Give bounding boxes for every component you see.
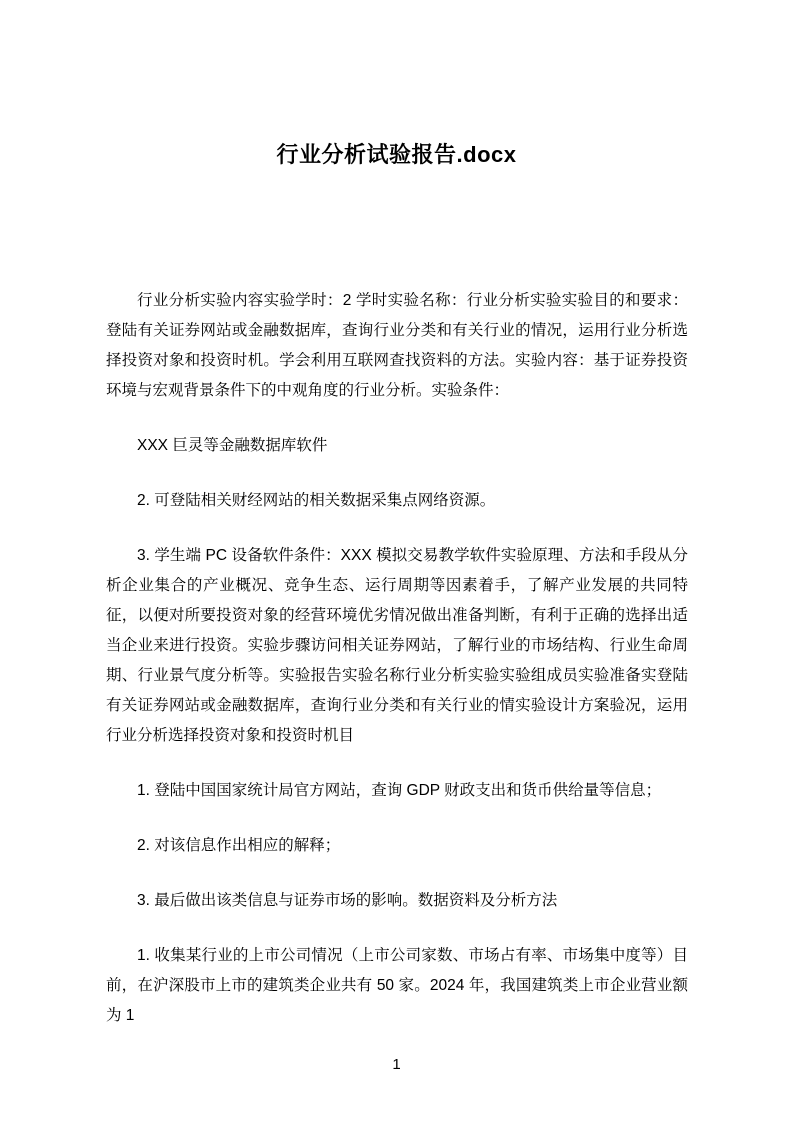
paragraph-item-3-pc-conditions: 3. 学生端 PC 设备软件条件：XXX 模拟交易教学软件实验原理、方法和手段从… <box>106 541 688 751</box>
paragraph-intro: 行业分析实验内容实验学时：2 学时实验名称：行业分析实验实验目的和要求：登陆有关… <box>106 286 688 406</box>
paragraph-step-1-stats-bureau: 1. 登陆中国国家统计局官方网站，查询 GDP 财政支出和货币供给量等信息； <box>106 776 688 806</box>
paragraph-item-2-websites: 2. 可登陆相关财经网站的相关数据采集点网络资源。 <box>106 486 688 516</box>
paragraph-database-software: XXX 巨灵等金融数据库软件 <box>106 431 688 461</box>
paragraph-step-2-explanation: 2. 对该信息作出相应的解释； <box>106 831 688 861</box>
document-body: 行业分析实验内容实验学时：2 学时实验名称：行业分析实验实验目的和要求：登陆有关… <box>106 286 688 1031</box>
paragraph-step-3-market-impact: 3. 最后做出该类信息与证券市场的影响。数据资料及分析方法 <box>106 886 688 916</box>
document-title: 行业分析试验报告.docx <box>0 0 793 170</box>
document-page: 行业分析试验报告.docx 行业分析实验内容实验学时：2 学时实验名称：行业分析… <box>0 0 793 1122</box>
page-number-footer: 1 <box>0 1055 793 1075</box>
paragraph-data-collection: 1. 收集某行业的上市公司情况（上市公司家数、市场占有率、市场集中度等）目前，在… <box>106 941 688 1031</box>
